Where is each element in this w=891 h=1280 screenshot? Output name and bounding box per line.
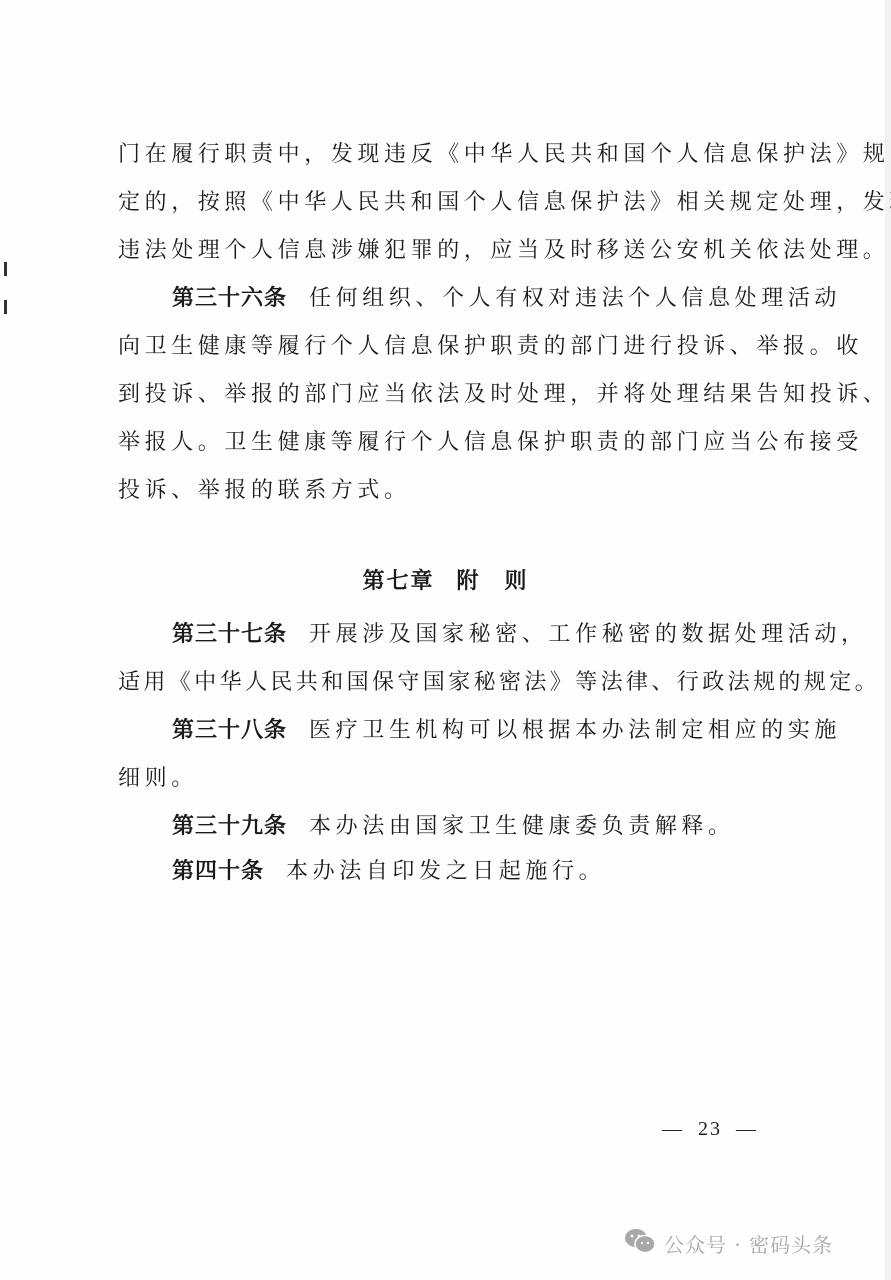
article-number: 第四十条	[172, 859, 264, 884]
wechat-icon	[624, 1228, 664, 1259]
page-number: —23—	[662, 1118, 758, 1141]
article-number: 第三十六条	[172, 286, 287, 311]
article-number: 第三十九条	[172, 814, 287, 839]
body-line: 适用《中华人民共和国保守国家秘密法》等法律、行政法规的规定。	[118, 668, 783, 698]
page-number-dash: —	[662, 1118, 684, 1140]
body-line: 举报人。卫生健康等履行个人信息保护职责的部门应当公布接受	[118, 428, 783, 458]
body-line: 向卫生健康等履行个人信息保护职责的部门进行投诉、举报。收	[118, 332, 783, 362]
article-number: 第三十八条	[172, 718, 287, 743]
article-text: 本办法自印发之日起施行。	[286, 859, 605, 884]
chapter-number: 第七章	[362, 569, 434, 594]
chapter-heading: 第七章附 则	[0, 567, 891, 597]
article-39-heading-line: 第三十九条本办法由国家卫生健康委负责解释。	[172, 812, 783, 842]
article-text: 开展涉及国家秘密、工作秘密的数据处理活动，	[309, 622, 868, 647]
watermark: 公众号 · 密码头条	[624, 1228, 833, 1259]
watermark-text: 公众号 · 密码头条	[664, 1229, 833, 1258]
body-line: 门在履行职责中，发现违反《中华人民共和国个人信息保护法》规	[118, 140, 783, 170]
page-number-dash: —	[736, 1118, 758, 1140]
body-line: 细则。	[118, 764, 783, 794]
scan-artifact	[4, 262, 7, 276]
article-number: 第三十七条	[172, 622, 287, 647]
article-text: 本办法由国家卫生健康委负责解释。	[309, 814, 735, 839]
article-text: 任何组织、个人有权对违法个人信息处理活动	[309, 286, 841, 311]
article-37-heading-line: 第三十七条开展涉及国家秘密、工作秘密的数据处理活动，	[172, 620, 783, 650]
body-line: 到投诉、举报的部门应当依法及时处理，并将处理结果告知投诉、	[118, 380, 783, 410]
chapter-title: 附 则	[457, 569, 529, 594]
body-line: 定的，按照《中华人民共和国个人信息保护法》相关规定处理，发现	[118, 188, 783, 218]
article-text: 医疗卫生机构可以根据本办法制定相应的实施	[309, 718, 841, 743]
article-40-heading-line: 第四十条本办法自印发之日起施行。	[172, 857, 783, 887]
body-line: 违法处理个人信息涉嫌犯罪的，应当及时移送公安机关依法处理。	[118, 236, 783, 266]
page-number-value: 23	[698, 1118, 722, 1140]
article-36-heading-line: 第三十六条任何组织、个人有权对违法个人信息处理活动	[172, 284, 783, 314]
scan-artifact	[4, 300, 7, 314]
article-38-heading-line: 第三十八条医疗卫生机构可以根据本办法制定相应的实施	[172, 716, 783, 746]
document-page: 门在履行职责中，发现违反《中华人民共和国个人信息保护法》规 定的，按照《中华人民…	[0, 0, 891, 1280]
body-line: 投诉、举报的联系方式。	[118, 476, 783, 506]
